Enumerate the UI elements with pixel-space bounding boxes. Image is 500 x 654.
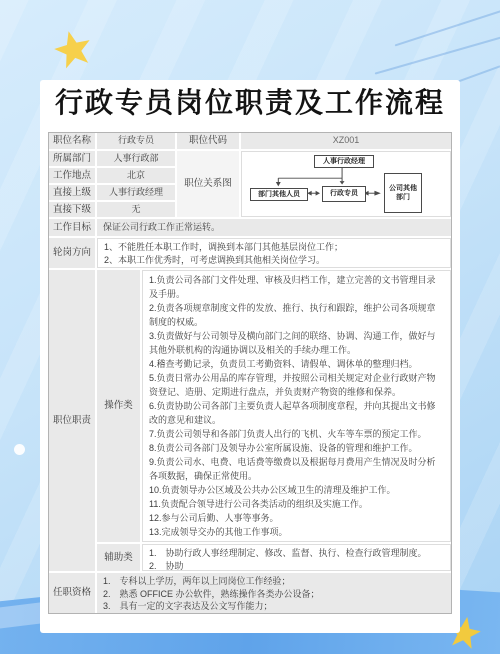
position-code-label: 职位代码	[177, 133, 239, 149]
direct-superior-value: 人事行政经理	[97, 185, 175, 200]
list-item: 11.负责配合领导进行公司各类活动的组织及实施工作。	[149, 497, 444, 511]
work-location-value: 北京	[97, 168, 175, 183]
position-name-value: 行政专员	[97, 133, 175, 149]
page-title: 行政专员岗位职责及工作流程	[40, 86, 460, 122]
relation-diagram-label: 职位关系图	[177, 151, 239, 217]
table-row: 工作目标 保证公司行政工作正常运转。	[49, 219, 451, 236]
qualifications-label: 任职资格	[49, 573, 95, 613]
list-item: 1. 专科以上学历，两年以上同岗位工作经验；	[103, 575, 445, 588]
auxiliary-label: 辅助类	[97, 544, 140, 571]
list-item: 7.负责公司领导和各部门负责人出行的飞机、火车等车票的预定工作。	[149, 427, 444, 441]
work-goal-label: 工作目标	[49, 219, 95, 236]
org-box-dept-others: 部门其他人员	[250, 188, 308, 201]
list-item: 8.负责公司各部门及领导办公室所属设施、设备的管理和维护工作。	[149, 441, 444, 455]
table-row: 所属部门 人事行政部	[49, 151, 175, 166]
operation-label: 操作类	[97, 270, 140, 542]
table-row: 直接上级 人事行政经理	[49, 185, 175, 200]
list-item: 5.负责日常办公用品的库存管理，并按照公司相关规定对企业行政财产物资登记、造册、…	[149, 371, 444, 399]
list-item: 4.稽查考勤记录，负责员工考勤资料、请假单、调休单的整理归档。	[149, 357, 444, 371]
direct-superior-label: 直接上级	[49, 185, 95, 200]
rotation-label: 轮岗方向	[49, 238, 95, 268]
list-item: 3. 具有一定的文字表达及公文写作能力；	[103, 600, 445, 613]
table-row: 职位名称 行政专员 职位代码 XZ001	[49, 133, 451, 149]
list-item: 2. 协助	[149, 560, 444, 572]
department-label: 所属部门	[49, 151, 95, 166]
list-item: 1. 协助行政人事经理制定、修改、监督、执行、检查行政管理制度。	[149, 547, 444, 560]
direct-subordinate-label: 直接下级	[49, 202, 95, 217]
list-item: 2.负责各项规章制度文件的发放、推行、执行和跟踪，维护公司各项规章制度的权威。	[149, 301, 444, 329]
sketch-line-decoration	[375, 31, 500, 74]
duties-label: 职位职责	[49, 270, 95, 571]
list-item: 1.负责公司各部门文件处理、审核及归档工作，建立完善的文书管理目录及手册。	[149, 273, 444, 301]
star-icon	[50, 26, 96, 72]
info-rows: 所属部门 人事行政部 工作地点 北京 直接上级 人事行政经理 直接下级 无	[49, 151, 175, 217]
table-row: 工作地点 北京	[49, 168, 175, 183]
table-row: 辅助类 1. 协助行政人事经理制定、修改、监督、执行、检查行政管理制度。2. 协…	[97, 544, 451, 571]
work-location-label: 工作地点	[49, 168, 95, 183]
table-row: 直接下级 无	[49, 202, 175, 217]
position-code-value: XZ001	[241, 133, 451, 149]
list-item: 6.负责协助公司各部门主要负责人起草各项制度章程，并向其提出文书修改的意见和建议…	[149, 399, 444, 427]
org-chart: 人事行政经理 部门其他人员 行政专员 公司其他部门	[241, 151, 451, 217]
direct-subordinate-value: 无	[97, 202, 175, 217]
list-item: 3.负责做好与公司领导及横向部门之间的联络、协调、沟通工作，做好与其他外联机构的…	[149, 329, 444, 357]
department-value: 人事行政部	[97, 151, 175, 166]
table-row: 所属部门 人事行政部 工作地点 北京 直接上级 人事行政经理 直接下级 无 职位…	[49, 151, 451, 217]
position-name-label: 职位名称	[49, 133, 95, 149]
duties-column: 操作类 1.负责公司各部门文件处理、审核及归档工作，建立完善的文书管理目录及手册…	[97, 270, 451, 571]
work-goal-value: 保证公司行政工作正常运转。	[97, 219, 451, 236]
list-item: 1、不能胜任本职工作时，调换到本部门其他基层岗位工作；	[104, 241, 444, 254]
qualification-items: 1. 专科以上学历，两年以上同岗位工作经验；2. 熟悉 OFFICE 办公软件，…	[97, 573, 451, 613]
operation-items: 1.负责公司各部门文件处理、审核及归档工作，建立完善的文书管理目录及手册。2.负…	[142, 270, 451, 542]
table-row: 轮岗方向 1、不能胜任本职工作时，调换到本部门其他基层岗位工作；2、本职工作优秀…	[49, 238, 451, 268]
list-item: 10.负责领导办公区域及公共办公区域卫生的清理及维护工作。	[149, 483, 444, 497]
dot-decoration	[14, 444, 25, 455]
table-row: 操作类 1.负责公司各部门文件处理、审核及归档工作，建立完善的文书管理目录及手册…	[97, 270, 451, 542]
org-box-other-departments: 公司其他部门	[384, 173, 422, 213]
list-item: 2、本职工作优秀时，可考虑调换到其他相关岗位学习。	[104, 254, 444, 267]
list-item: 12.参与公司后勤、人事等事务。	[149, 511, 444, 525]
table-row: 任职资格 1. 专科以上学历，两年以上同岗位工作经验；2. 熟悉 OFFICE …	[49, 573, 451, 613]
org-box-manager: 人事行政经理	[314, 155, 374, 168]
list-item: 2. 熟悉 OFFICE 办公软件，熟练操作各类办公设备；	[103, 588, 445, 601]
list-item: 9.负责公司水、电费、电话费等缴费以及根据每月费用产生情况及时分析各项数据，确保…	[149, 455, 444, 483]
content-card: 行政专员岗位职责及工作流程 职位名称 行政专员 职位代码 XZ001 所属部门 …	[40, 80, 460, 633]
table-row: 职位职责 操作类 1.负责公司各部门文件处理、审核及归档工作，建立完善的文书管理…	[49, 270, 451, 571]
auxiliary-items: 1. 协助行政人事经理制定、修改、监督、执行、检查行政管理制度。2. 协助	[142, 544, 451, 571]
rotation-items: 1、不能胜任本职工作时，调换到本部门其他基层岗位工作；2、本职工作优秀时，可考虑…	[97, 238, 451, 268]
list-item: 13.完成领导交办的其他工作事项。	[149, 525, 444, 539]
org-box-specialist: 行政专员	[322, 186, 366, 202]
job-description-table: 职位名称 行政专员 职位代码 XZ001 所属部门 人事行政部 工作地点 北京 …	[48, 132, 452, 614]
